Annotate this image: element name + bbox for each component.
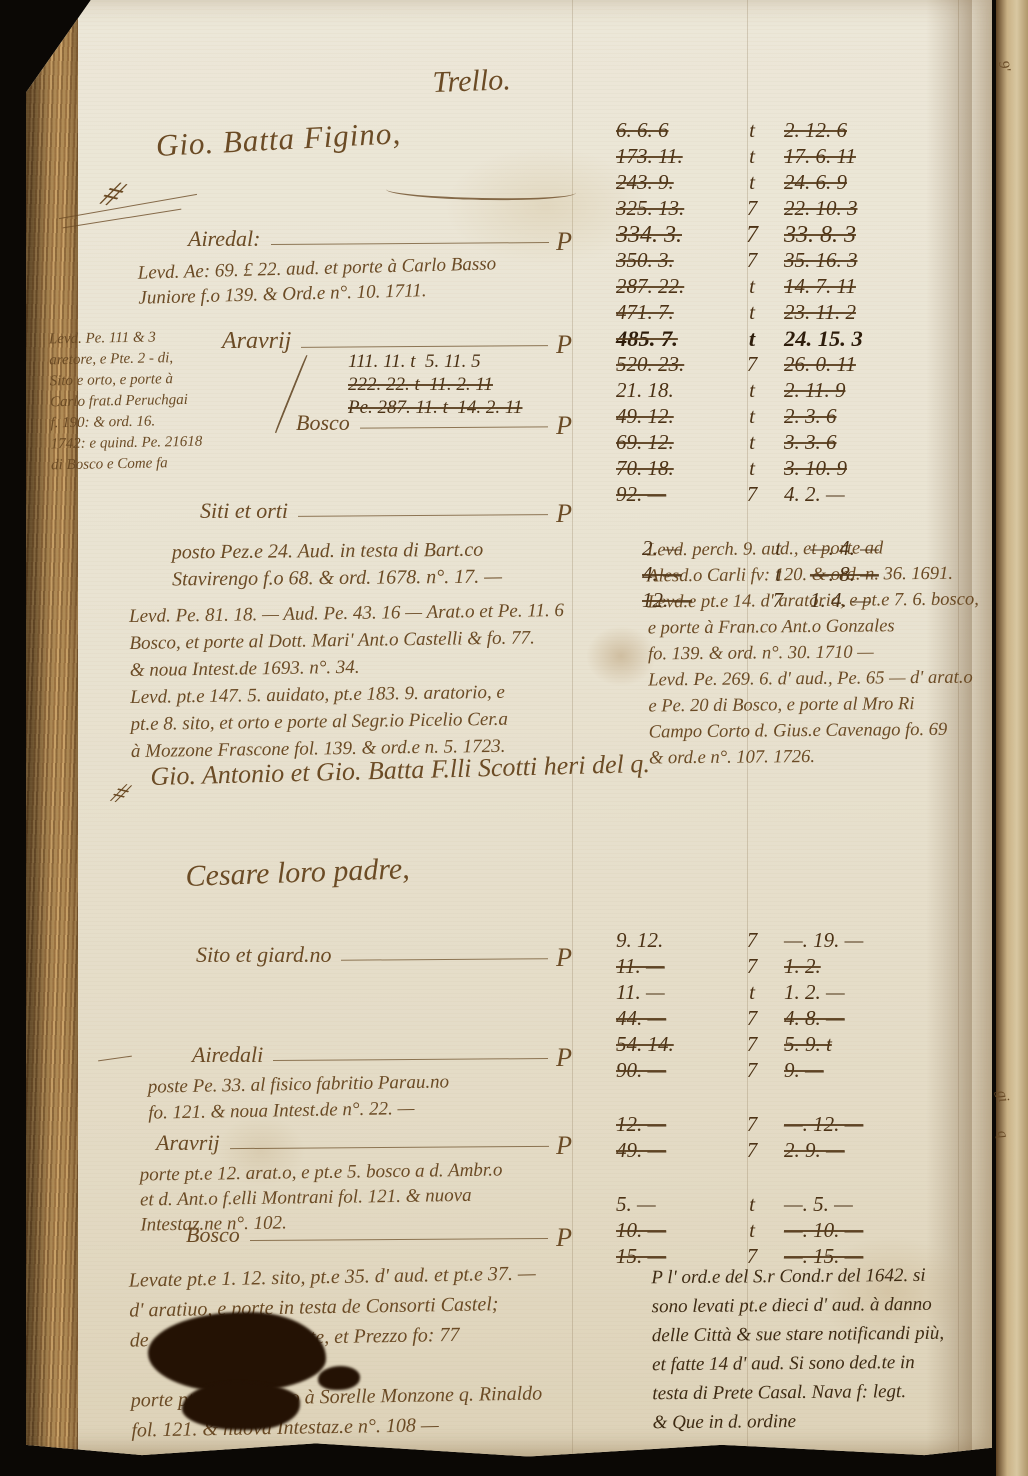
amount-left: 9. 12. <box>616 928 734 953</box>
manuscript-line: sono levati pt.e dieci d' aud. à danno <box>651 1290 943 1322</box>
amount-right: 1. 2. <box>770 954 984 979</box>
manuscript-line: et fatte 14 d' aud. Si sono ded.te in <box>652 1348 944 1380</box>
manuscript-line: & Que in d. ordine <box>653 1406 945 1438</box>
page-title: Trello. <box>432 63 511 100</box>
amount-row: 2. — t —. 4. — <box>616 536 984 562</box>
amount-row: 44. — 7 4. 8. — <box>616 1006 984 1032</box>
amount-row: 325. 13. 7 22. 10. 3 <box>616 196 984 222</box>
amount-left: 350. 3. <box>616 248 734 273</box>
land-entry-airedal: Airedal: P <box>188 226 572 252</box>
amount-row: 4. — t —. 8. — <box>616 562 984 588</box>
amount-right: 2. 3. 6 <box>770 404 984 429</box>
amount-left: 6. 6. 6 <box>616 118 734 143</box>
amount-right: 26. 0. 11 <box>770 352 984 377</box>
page-edge-writing: gi <box>992 1089 1011 1105</box>
entry-label: Sito et giard.no <box>196 942 331 968</box>
amount-row: 90. — 7 9. — <box>616 1058 984 1084</box>
amount-right: —. 15. — <box>770 1244 984 1269</box>
amount-left: 54. 14. <box>616 1032 734 1057</box>
manuscript-line: f. 190: & ord. 16. <box>50 411 202 435</box>
amount-flourish: 7 <box>734 222 770 249</box>
amount-flourish: 7 <box>734 928 770 953</box>
amount-left: 70. 18. <box>616 456 734 481</box>
amount-left: 21. 18. <box>616 378 734 403</box>
amount-row: 15. — 7 —. 15. — <box>616 1244 984 1270</box>
entry-label: Bosco <box>296 410 350 436</box>
leader-line <box>360 426 548 428</box>
amount-left: 325. 13. <box>616 196 734 221</box>
pertiche-mark: P <box>556 504 572 524</box>
amount-right: 33. 8. 3 <box>770 222 984 249</box>
amount-right: 2. 11. 9 <box>770 378 984 403</box>
amount-flourish: 7 <box>734 1112 770 1137</box>
amount-flourish: 7 <box>734 352 770 377</box>
ruled-column-line <box>572 0 573 1458</box>
amount-right: 4. 2. — <box>770 482 984 507</box>
amounts-table-lower: 9. 12. 7 —. 19. — 11. — 7 1. 2. 11. — t … <box>616 928 984 1270</box>
amount-right: 1. 2. — <box>770 980 984 1005</box>
leader-line <box>250 1238 548 1241</box>
amount-right: 3. 3. 6 <box>770 430 984 455</box>
amount-flourish: t <box>734 1218 770 1243</box>
amount-flourish: 7 <box>734 1058 770 1083</box>
amount-flourish: 7 <box>734 1244 770 1269</box>
amount-flourish: t <box>734 274 770 299</box>
amount-right: 24. 15. 3 <box>770 326 984 352</box>
pertiche-mark: P <box>556 1136 572 1156</box>
entry-label: Aravrij <box>156 1130 220 1156</box>
amount-flourish: t <box>734 430 770 455</box>
land-entry-bosco-2: Bosco P <box>186 1222 572 1248</box>
amount-line: 111. 11. t 5. 11. 5 <box>348 350 523 373</box>
amount-flourish: t <box>734 118 770 143</box>
amount-row: 11. — 7 1. 2. <box>616 954 984 980</box>
amount-left: 485. 7. <box>616 326 734 352</box>
amount-row: 173. 11. t 17. 6. 11 <box>616 144 984 170</box>
manuscript-line: fo. 121. & noua Intest.de n°. 22. — <box>148 1095 450 1126</box>
amount-left: 520. 23. <box>616 352 734 377</box>
amount-row: 21. 18. t 2. 11. 9 <box>616 378 984 404</box>
amount-right: —. 4. — <box>796 536 984 561</box>
pertiche-mark: P <box>556 1228 572 1248</box>
amount-row: 54. 14. 7 5. 9. t <box>616 1032 984 1058</box>
leader-line <box>298 514 548 517</box>
amount-left: 49. 12. <box>616 404 734 429</box>
page-edge-writing: 9' <box>994 59 1013 74</box>
manuscript-line: aretore, e Pte. 2 - di, <box>49 348 201 372</box>
amount-right: —. 10. — <box>770 1218 984 1243</box>
amount-flourish: 7 <box>734 196 770 221</box>
amount-row: 11. — t 1. 2. — <box>616 980 984 1006</box>
margin-note: Levd. Pe. 111 & 3aretore, e Pte. 2 - di,… <box>49 327 203 477</box>
amount-left: 2. — <box>642 536 760 561</box>
bottom-right-note: P l' ord.e del S.r Cond.r del 1642. siso… <box>651 1261 945 1438</box>
amount-flourish: t <box>734 144 770 169</box>
amount-line: 222. 22. t 11. 2. 11 <box>348 373 523 396</box>
amount-flourish: t <box>734 404 770 429</box>
amount-row: 12. — 7 —. 12. — <box>616 1112 984 1138</box>
amount-right: 5. 9. t <box>770 1032 984 1057</box>
pertiche-mark: P <box>556 335 572 355</box>
leader-line <box>341 958 548 960</box>
amount-right: 2. 9. — <box>770 1138 984 1163</box>
manuscript-line: Stavirengo f.o 68. & ord. 1678. n°. 17. … <box>172 564 502 594</box>
leader-line <box>301 345 548 348</box>
manuscript-photo: { "page_title": "Trello.", "pmark": "P",… <box>0 0 1028 1476</box>
amount-row: 49. — 7 2. 9. — <box>616 1138 984 1164</box>
amount-right: 2. 12. 6 <box>770 118 984 143</box>
siti-note: posto Pez.e 24. Aud. in testa di Bart.co… <box>172 537 502 594</box>
amount-flourish: t <box>734 378 770 403</box>
binding-edge <box>26 0 78 1458</box>
amount-row: 520. 23. 7 26. 0. 11 <box>616 352 984 378</box>
amount-right: 22. 10. 3 <box>770 196 984 221</box>
manuscript-line: testa di Prete Casal. Nava f: legt. <box>652 1377 944 1409</box>
entry-label: Bosco <box>186 1222 240 1248</box>
amount-left: 12. — <box>616 1112 734 1137</box>
amount-left: 287. 22. <box>616 274 734 299</box>
amount-left: 4. — <box>642 562 760 587</box>
land-entry-siti-et-orti: Siti et orti P <box>200 498 572 524</box>
amount-flourish: t <box>760 536 796 561</box>
amount-left: 92. — <box>616 482 734 507</box>
entry-label: Aravrij <box>222 328 291 355</box>
page-edge-writing: q <box>993 1129 1011 1141</box>
amount-flourish: 7 <box>734 954 770 979</box>
amount-right: 35. 16. 3 <box>770 248 984 273</box>
amount-flourish: t <box>734 1192 770 1217</box>
amount-flourish: t <box>734 300 770 325</box>
aravrij-amounts: 111. 11. t 5. 11. 5222. 22. t 11. 2. 11P… <box>348 350 523 419</box>
amount-flourish: t <box>734 326 770 352</box>
manuscript-line: Levd. Pe. 269. 6. d' aud., Pe. 65 — d' a… <box>648 665 979 694</box>
amount-row: 9. 12. 7 —. 19. — <box>616 928 984 954</box>
castelli-note: Levd. Pe. 81. 18. — Aud. Pe. 43. 16 — Ar… <box>129 597 566 765</box>
land-entry-aravrij-2: Aravrij P <box>156 1130 572 1156</box>
amount-right: —. 19. — <box>770 928 984 953</box>
pertiche-mark: P <box>556 232 572 252</box>
amount-row: 6. 6. 6 t 2. 12. 6 <box>616 118 984 144</box>
entry-label: Siti et orti <box>200 498 288 524</box>
amount-left: 173. 11. <box>616 144 734 169</box>
manuscript-line: posto Pez.e 24. Aud. in testa di Bart.co <box>172 537 502 567</box>
amount-right: —. 12. — <box>770 1112 984 1137</box>
amount-left: 44. — <box>616 1006 734 1031</box>
amount-flourish: t <box>760 562 796 587</box>
amount-right: 4. 8. — <box>770 1006 984 1031</box>
amount-right: 17. 6. 11 <box>770 144 984 169</box>
next-page-edge: 9' gi q <box>996 0 1028 1476</box>
amount-right: 14. 7. 11 <box>770 274 984 299</box>
manuscript-line: Campo Corto d. Gius.e Cavenago fo. 69 <box>649 717 980 746</box>
airedal-note: Levd. Ae: 69. £ 22. aud. et porte à Carl… <box>137 251 497 310</box>
amount-left: 10. — <box>616 1218 734 1243</box>
entry-label: Airedal: <box>188 226 261 252</box>
manuscript-line: Levd. Pe. 111 & 3 <box>49 327 201 351</box>
leader-line <box>230 1146 549 1149</box>
amount-flourish: 7 <box>734 1138 770 1163</box>
amount-left: 11. — <box>616 954 734 979</box>
ink-blot <box>182 1382 300 1430</box>
amount-flourish: 7 <box>734 1032 770 1057</box>
amount-flourish: 7 <box>760 588 796 613</box>
manuscript-line: e porte à Fran.co Ant.o Gonzales <box>648 613 979 642</box>
amount-flourish: t <box>734 456 770 481</box>
ink-blot <box>318 1366 360 1390</box>
amount-row: 5. — t —. 5. — <box>616 1192 984 1218</box>
entry-label: Airedali <box>192 1042 263 1068</box>
amount-left: 90. — <box>616 1058 734 1083</box>
amount-left: 12. — <box>642 588 760 613</box>
amount-right: 9. — <box>770 1058 984 1083</box>
amount-right: 24. 6. 9 <box>770 170 984 195</box>
manuscript-line: Carlo frat.d Peruchgai <box>50 390 202 414</box>
amount-row: 334. 3. 7 33. 8. 3 <box>616 222 984 248</box>
manuscript-line: di Bosco e Come fa <box>51 453 203 477</box>
paper-stain <box>586 626 656 686</box>
amount-row: 243. 9. t 24. 6. 9 <box>616 170 984 196</box>
amount-right: —. 5. — <box>770 1192 984 1217</box>
amount-flourish: t <box>734 980 770 1005</box>
amount-flourish: t <box>734 170 770 195</box>
amount-row: 287. 22. t 14. 7. 11 <box>616 274 984 300</box>
amount-row: 92. — 7 4. 2. — <box>616 482 984 508</box>
amount-row: 471. 7. t 23. 11. 2 <box>616 300 984 326</box>
amount-row: 12. — 7 1. 4. — <box>616 588 984 614</box>
manuscript-line: Sito e orto, e porte à <box>49 369 201 393</box>
amount-row: 70. 18. t 3. 10. 9 <box>616 456 984 482</box>
manuscript-line: & ord.e n°. 107. 1726. <box>649 743 980 772</box>
amount-left: 243. 9. <box>616 170 734 195</box>
amount-row: 69. 12. t 3. 3. 6 <box>616 430 984 456</box>
amount-right: 23. 11. 2 <box>770 300 984 325</box>
amount-left: 471. 7. <box>616 300 734 325</box>
amount-row: 350. 3. 7 35. 16. 3 <box>616 248 984 274</box>
airedali-note: poste Pe. 33. al fisico fabritio Parau.n… <box>148 1069 450 1126</box>
amount-left: 49. — <box>616 1138 734 1163</box>
amount-left: 69. 12. <box>616 430 734 455</box>
manuscript-line: delle Città & sue stare notificandi più, <box>652 1319 944 1351</box>
manuscript-line: et d. Ant.o f.elli Montrani fol. 121. & … <box>140 1182 503 1212</box>
amounts-table-top: 6. 6. 6 t 2. 12. 6 173. 11. t 17. 6. 11 … <box>616 118 984 614</box>
amount-flourish: 7 <box>734 1006 770 1031</box>
leader-line <box>270 242 548 245</box>
manuscript-line: 1742: e quind. Pe. 21618 <box>51 432 203 456</box>
ink-blot <box>148 1312 326 1392</box>
amount-left: 5. — <box>616 1192 734 1217</box>
pertiche-mark: P <box>556 1048 572 1068</box>
land-entry-airedali: Airedali P <box>192 1042 572 1068</box>
amount-right: —. 8. — <box>796 562 984 587</box>
amount-row: 10. — t —. 10. — <box>616 1218 984 1244</box>
land-entry-sito-et-giardino: Sito et giard.no P <box>196 942 572 968</box>
amount-right: 1. 4. — <box>796 588 984 613</box>
amount-flourish: 7 <box>734 482 770 507</box>
amount-left: 15. — <box>616 1244 734 1269</box>
amount-row: 485. 7. t 24. 15. 3 <box>616 326 984 352</box>
manuscript-line: e Pe. 20 di Bosco, e porte al Mro Ri <box>648 691 979 720</box>
manuscript-line: fo. 139. & ord. n°. 30. 1710 — <box>648 639 979 668</box>
amount-left: 11. — <box>616 980 734 1005</box>
amount-left: 334. 3. <box>616 222 734 249</box>
leader-line <box>273 1058 548 1061</box>
pertiche-mark: P <box>556 416 572 436</box>
amount-row: 49. 12. t 2. 3. 6 <box>616 404 984 430</box>
amount-right: 3. 10. 9 <box>770 456 984 481</box>
land-entry-bosco: Bosco P <box>296 410 572 436</box>
pertiche-mark: P <box>556 948 572 968</box>
amount-flourish: 7 <box>734 248 770 273</box>
